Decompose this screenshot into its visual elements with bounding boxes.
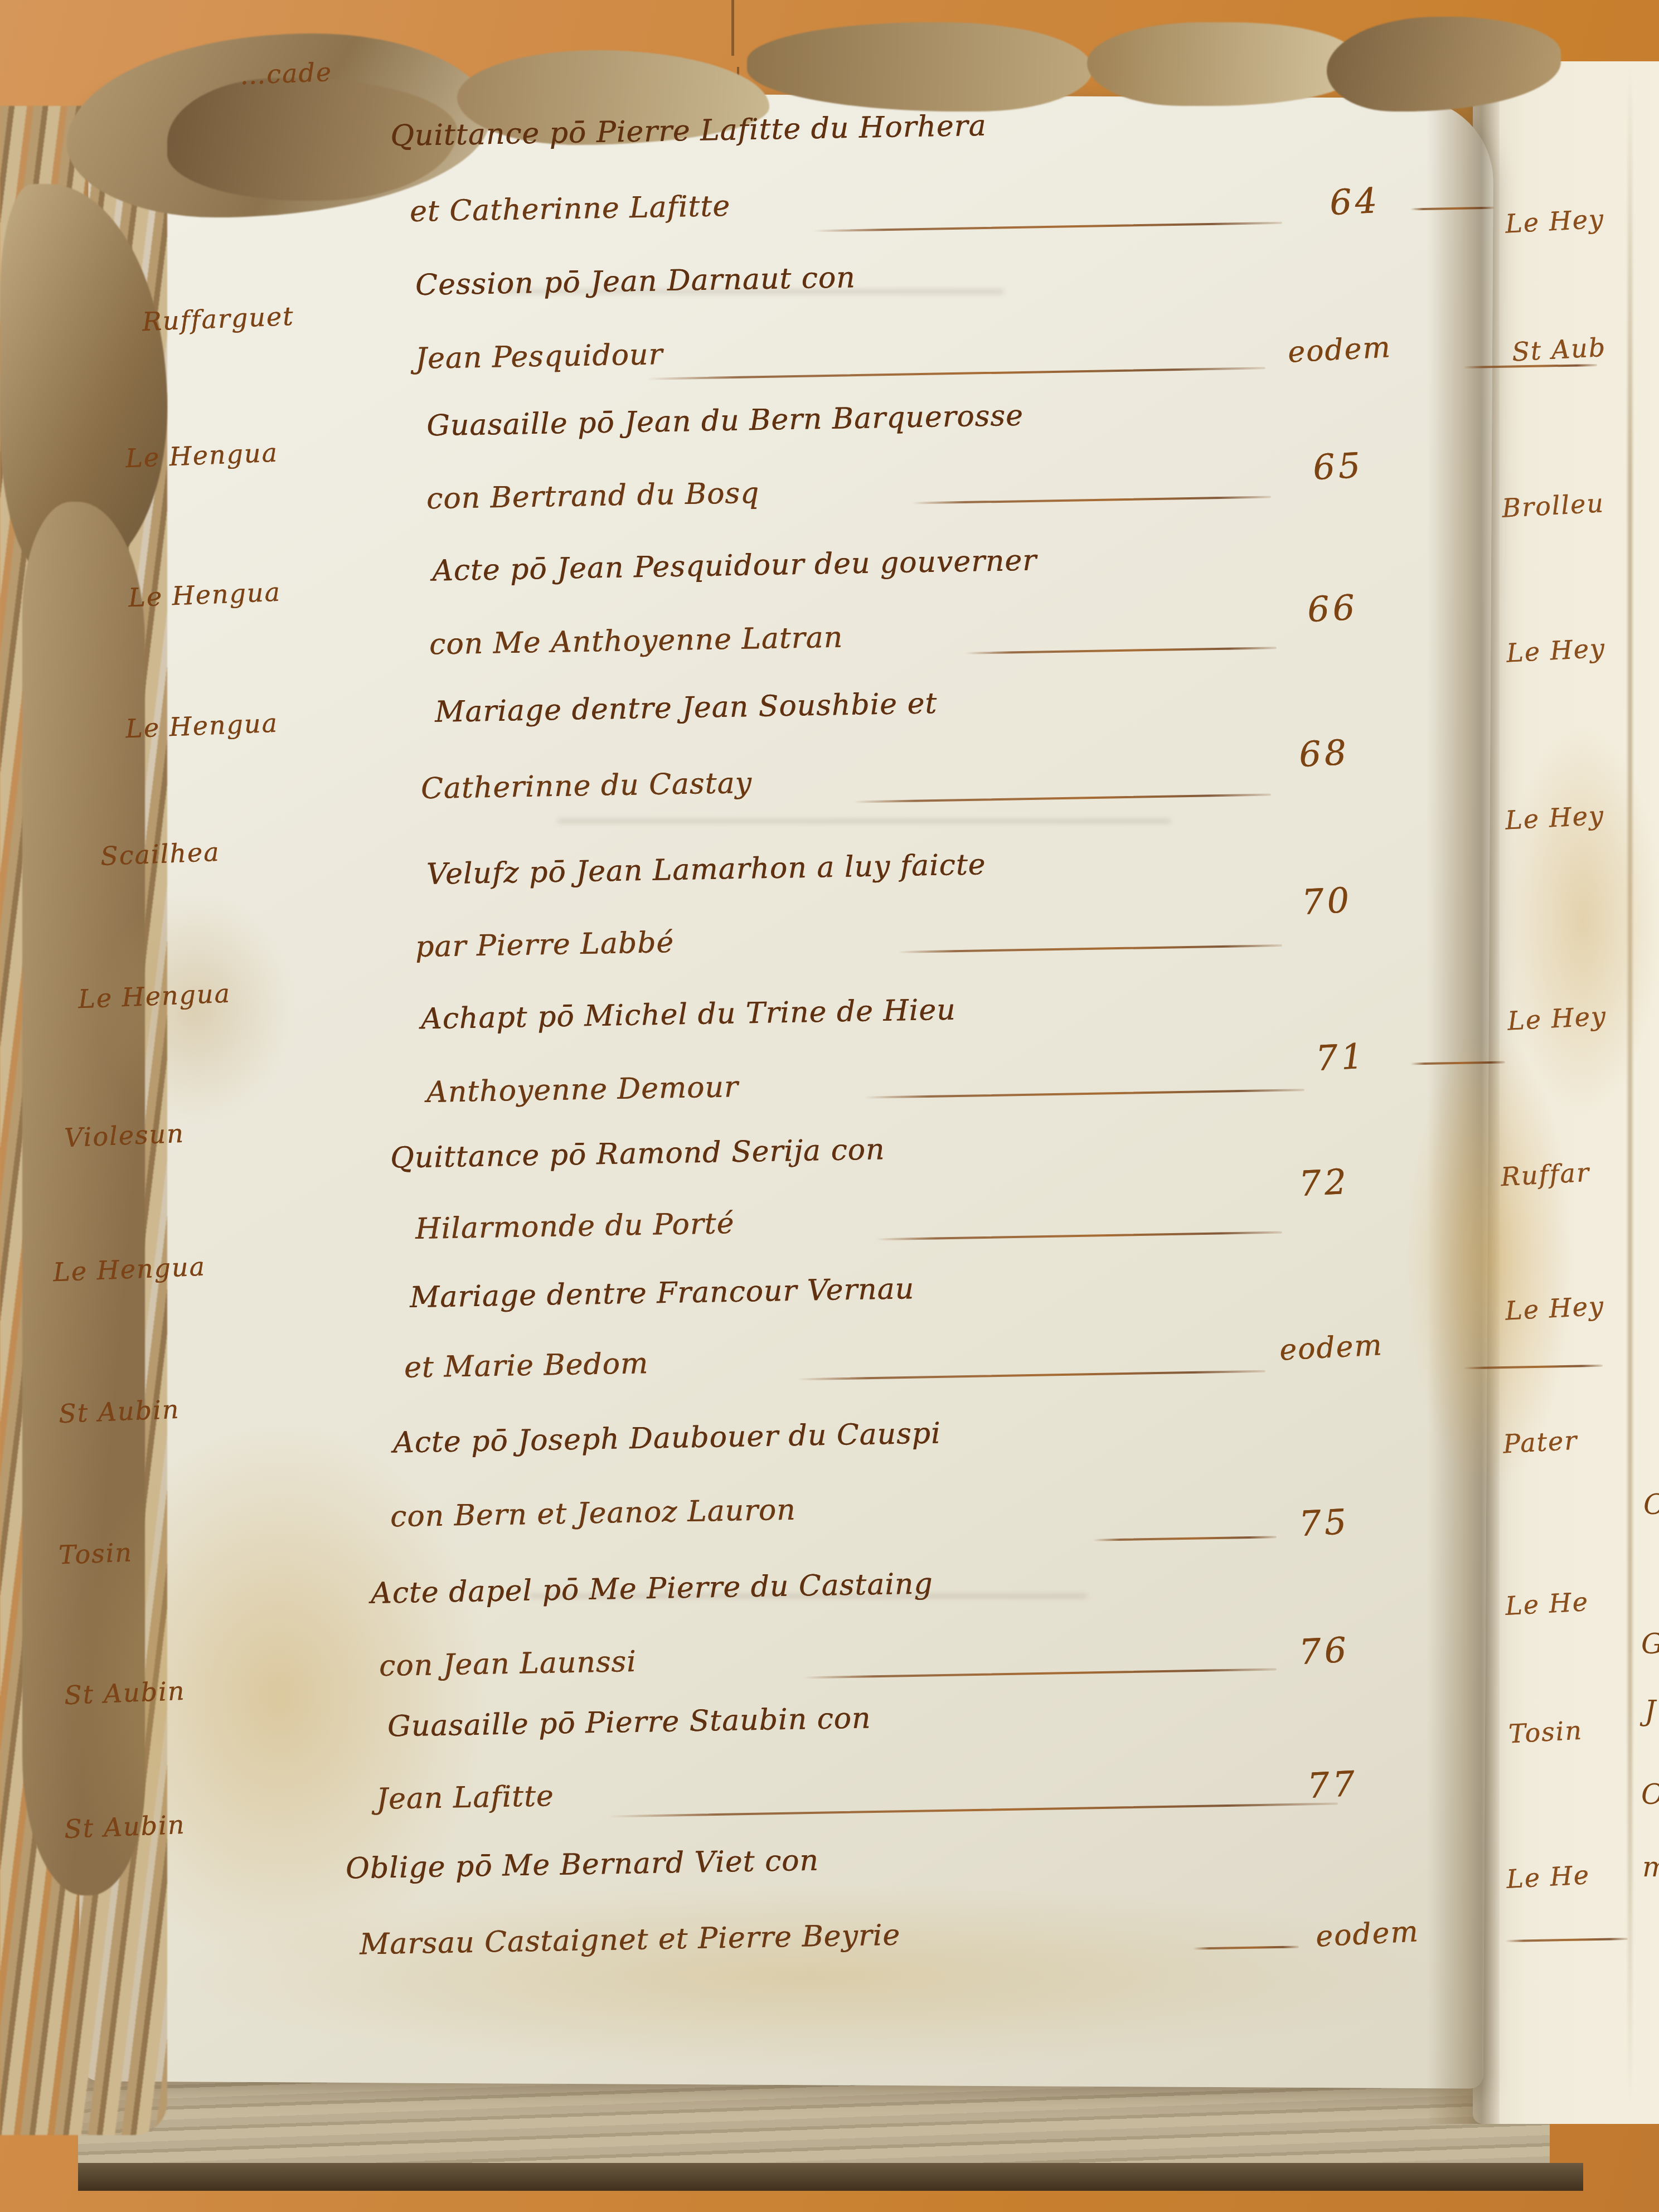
margin-keyword: Le Hengua [52,1251,206,1287]
margin-keyword: Le Hengua [77,978,231,1014]
margin-keyword: St Aubin [64,1676,186,1710]
torn-paper-tatter [1087,22,1355,106]
right-page-margin-keyword: Le Hey [1507,1001,1607,1036]
margin-keyword: St Aubin [58,1394,180,1429]
folio-number: eodem [1315,1915,1420,1954]
gutter-stain [1405,1031,1572,1488]
table-shadow-slit [78,2163,1583,2191]
corner-stain [1505,725,1659,1115]
margin-keyword: Le Hengua [125,708,279,744]
folio-number: 66 [1306,587,1359,630]
right-page-margin-keyword: St Aub [1511,332,1607,367]
margin-keyword: Violesun [64,1118,185,1153]
entry-line2: et Catherinne Lafitte [410,190,731,229]
right-page-margin-keyword: Le Hey [1505,1291,1605,1326]
right-page-margin-keyword: Le Hey [1505,203,1605,239]
folio-number: 76 [1298,1629,1351,1673]
bottom-stain-band [167,1884,1449,2068]
margin-keyword: St Aubin [64,1810,186,1844]
right-page-margin-keyword: Le Hey [1506,633,1606,668]
margin-keyword: …cade [239,57,333,90]
right-page-margin-keyword: Tosin [1508,1715,1583,1749]
folio-number: 65 [1312,445,1365,488]
right-page-margin-keyword: Pater [1502,1425,1579,1459]
folio-number: 72 [1298,1161,1351,1205]
entry-line2: Anthoyenne Demour [426,1070,739,1109]
entry-line2: Hilarmonde du Porté [415,1207,735,1246]
manuscript-photo: …cade Quittance pō Pierre Lafitte du Hor… [0,0,1659,2212]
right-page-margin-keyword: Le Hey [1505,800,1605,835]
right-page-margin-keyword: Le He [1505,1587,1589,1621]
folio-number: 64 [1328,180,1381,224]
wall-crack [731,0,734,56]
folio-number: 70 [1301,880,1354,923]
margin-keyword: Le Hengua [128,577,282,613]
entry-line2: con Bern et Jeanoz Lauron [390,1493,796,1534]
folio-number: eodem [1279,1328,1384,1367]
folio-number: eodem [1287,331,1392,370]
margin-keyword: Ruffarguet [142,301,294,337]
folio-number: 71 [1314,1036,1367,1079]
cut-off-letter-fragment: O [1641,1778,1659,1811]
entry-line2: con Jean Launssi [379,1645,637,1683]
bleed-through-line [557,819,1171,823]
cut-off-letter-fragment: m [1642,1851,1659,1883]
entry-line2: Jean Lafitte [376,1779,555,1816]
cut-off-letter-fragment: J [1645,1695,1656,1727]
entry-line2: Catherinne du Castay [421,767,753,806]
entry-line2: par Pierre Labbé [415,926,675,964]
margin-keyword: Tosin [58,1537,133,1570]
right-page-crease [1628,67,1632,2107]
margin-keyword: Scailhea [100,837,220,871]
cut-off-letter-fragment: C [1643,1488,1659,1521]
entry-line2: con Bertrand du Bosq [426,477,760,516]
right-page-margin-keyword: Le He [1506,1860,1590,1894]
right-page-margin-keyword: Ruffar [1500,1157,1590,1192]
entry-line2: Jean Pesquidour [415,338,663,376]
folio-number: 75 [1298,1501,1351,1545]
margin-keyword: Le Hengua [125,438,279,473]
folio-number: 68 [1298,732,1351,775]
folio-number: 77 [1306,1763,1359,1807]
entry-line2: et Marie Bedom [404,1347,649,1385]
cut-off-letter-fragment: G [1641,1628,1659,1660]
right-page-margin-keyword: Brolleu [1501,488,1605,523]
